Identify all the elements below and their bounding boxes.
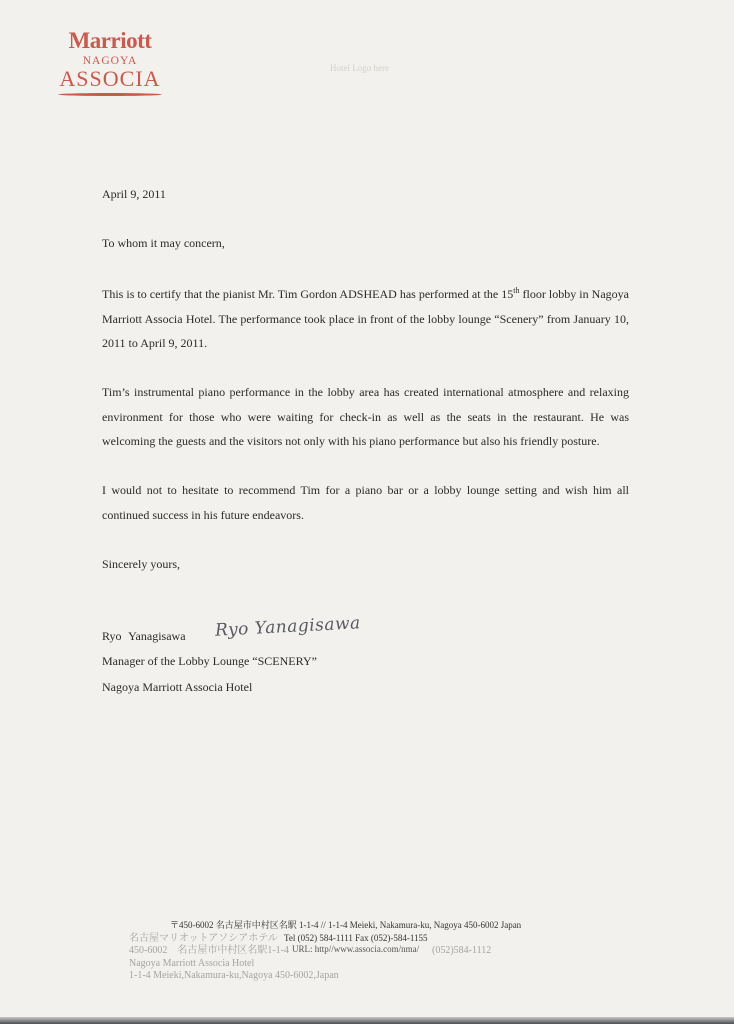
footer-address: 〒450-6002 名古屋市中村区名駅 1-1-4 // 1-1-4 Meiek… xyxy=(170,920,521,931)
letter-date: April 9, 2011 xyxy=(102,182,166,207)
footer-faded-en-address: 1-1-4 Meieki,Nakamura-ku,Nagoya 450-6002… xyxy=(129,970,339,981)
logo-hotel: ASSOCIA xyxy=(55,68,165,90)
footer-faded-jp-name: 名古屋マリオットアソシアホテル xyxy=(129,933,278,944)
footer-tel-fax: Tel (052) 584-1111 Fax (052)-584-1155 xyxy=(284,933,428,944)
paragraph-performance: Tim’s instrumental piano performance in … xyxy=(102,380,629,454)
footer-faded-fax: (052)584-1112 xyxy=(432,945,491,956)
closing: Sincerely yours, xyxy=(102,552,180,577)
footer-faded-en-name: Nagoya Marriott Associa Hotel xyxy=(129,958,254,969)
signatory-organization: Nagoya Marriott Associa Hotel xyxy=(102,675,252,700)
logo-placeholder-text: Hotel Logo here xyxy=(330,63,389,73)
footer-url: URL: http//www.associa.com/nma/ xyxy=(292,944,419,955)
paragraph-certification: This is to certify that the pianist Mr. … xyxy=(102,282,629,356)
scan-bottom-edge xyxy=(0,1017,734,1024)
paragraph-recommendation: I would not to hesitate to recommend Tim… xyxy=(102,478,629,527)
signatory-title: Manager of the Lobby Lounge “SCENERY” xyxy=(102,649,317,674)
logo-brand: Marriott xyxy=(55,28,165,54)
signatory-name: Ryo Yanagisawa xyxy=(102,624,186,649)
letter-page: Marriott NAGOYA ASSOCIA Hotel Logo here … xyxy=(0,0,734,1017)
handwritten-signature: Ryo Yanagisawa xyxy=(215,613,362,641)
marriott-associa-logo: Marriott NAGOYA ASSOCIA xyxy=(55,28,165,96)
paragraph-text: This is to certify that the pianist Mr. … xyxy=(102,287,513,301)
footer-faded-jp-address: 450-6002 名古屋市中村区名駅1-1-4 xyxy=(129,945,289,956)
salutation: To whom it may concern, xyxy=(102,231,225,256)
logo-swoosh-icon xyxy=(58,93,162,96)
